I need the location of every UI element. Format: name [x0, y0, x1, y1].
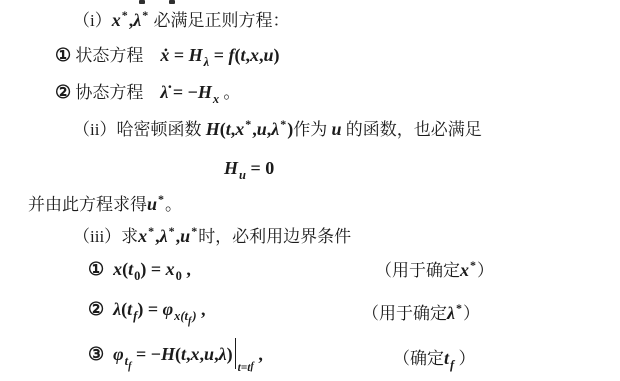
math-var-run: H [189, 45, 203, 65]
math-var-run: u [204, 344, 214, 364]
line-state-equation: ① 状态方程ẋ = Hλ = f(t,x,u) [55, 42, 280, 70]
math-upright-run: ① [88, 259, 104, 279]
line-solve-u-star: 并由此方程求得u*。 [28, 191, 182, 219]
subscript-digit-run: 0 [176, 269, 182, 283]
math-upright-run: ② [55, 82, 71, 102]
subscript-run: ) [192, 309, 196, 323]
crop-artifact-dot [139, 0, 145, 4]
sub-subscript-run: f [251, 361, 254, 372]
cjk-text-run: ） [463, 304, 480, 323]
cjk-text-run: 。 [165, 195, 182, 214]
superscript-asterisk: * [148, 224, 154, 238]
math-upright-run: , [254, 344, 263, 364]
superscript-asterisk: * [470, 258, 476, 272]
math-var-run: x [112, 10, 121, 30]
annotation-determine-lambda-star: （用于确定λ*） [362, 300, 480, 328]
math-upright-run: , [182, 259, 191, 279]
cjk-text-run: （ii）哈密顿函数 [73, 120, 206, 139]
math-var-run: x [250, 45, 259, 65]
math-upright-run: ① [55, 45, 71, 65]
math-var-run: x [235, 119, 244, 139]
math-var-run: λ [133, 10, 141, 30]
math-var-run: H [224, 158, 238, 178]
cjk-text-run: 时，必利用边界条件 [198, 227, 351, 246]
math-var-run: u [257, 119, 267, 139]
evaluation-subscript-run: t=t [238, 362, 251, 374]
subscript-run: x [213, 92, 219, 106]
math-var-run: φ [163, 299, 174, 319]
cjk-text-run: （i） [73, 11, 112, 30]
cjk-text-run: 必满足正则方程： [149, 11, 289, 30]
cjk-text-run: 并由此方程求得 [28, 195, 147, 214]
math-upright-run: , [197, 299, 206, 319]
superscript-asterisk: * [456, 301, 462, 315]
math-var-run: H [161, 344, 175, 364]
subscript-run: λ [204, 55, 210, 69]
subscript-digit-run: 0 [134, 269, 140, 283]
superscript-asterisk: * [142, 8, 148, 22]
math-var-run: t [127, 299, 132, 319]
line-boundary-heading: （iii）求x*,λ*,u*时，必利用边界条件 [73, 223, 351, 251]
math-var-run: t [128, 259, 133, 279]
superscript-asterisk: * [122, 8, 128, 22]
math-var-run: φ [113, 344, 124, 364]
evaluation-bar-icon [235, 338, 236, 369]
subscript-run: f [133, 309, 137, 323]
math-var-run: λ [219, 344, 227, 364]
math-upright-run: = [146, 259, 165, 279]
math-var-run: u [147, 194, 157, 214]
superscript-asterisk: * [191, 224, 197, 238]
line-hamiltonian-condition: （ii）哈密顿函数 H(t,x*,u,λ*)作为 u 的函数，也必满足 [73, 116, 482, 144]
math-var-run: t [444, 348, 449, 368]
annotation-determine-tf: （确定tf ） [393, 345, 475, 373]
math-var-run: x [113, 259, 122, 279]
equation-hu-zero: Hu = 0 [224, 155, 274, 183]
crop-artifact-dot [169, 0, 175, 4]
cjk-text-run: 的函数，也必满足 [342, 120, 482, 139]
cjk-text-run: 。 [219, 83, 240, 102]
cjk-text-run: ） [477, 261, 494, 280]
superscript-asterisk: * [158, 192, 164, 206]
formula-terminal-lambda: ②λ(tf) = φx(tf) , [88, 296, 206, 326]
math-var-run: u [180, 226, 190, 246]
formula-initial-condition: ①x(t0) = x0 , [88, 256, 191, 284]
math-upright-run: = − [132, 344, 162, 364]
math-upright-run: ② [88, 299, 104, 319]
cjk-text-run: ） [454, 349, 475, 368]
cjk-text-run: （确定 [393, 349, 444, 368]
math-upright-run: ) [227, 344, 233, 364]
math-var-run: u [264, 45, 274, 65]
math-var-run: x [460, 260, 469, 280]
annotation-determine-x-star: （用于确定x*） [375, 257, 494, 285]
cjk-text-run: 状态方程 [71, 46, 143, 65]
cjk-text-run: （iii）求 [73, 227, 138, 246]
formula-terminal-time: ③φtf = −H(t,x,u,λ)t=tf , [88, 338, 263, 371]
math-var-run: H [206, 119, 220, 139]
sub-subscript-run: f [128, 361, 131, 372]
cjk-text-run: 协态方程 [71, 83, 143, 102]
math-var-run: x [191, 344, 200, 364]
subscript-run: x(t [174, 309, 188, 323]
math-var-run: x [138, 226, 147, 246]
math-var-run: x [166, 259, 175, 279]
sub-subscript-run: f [188, 316, 191, 327]
superscript-asterisk: * [280, 117, 286, 131]
cjk-text-run: （用于确定 [362, 304, 447, 323]
superscript-asterisk: * [169, 224, 175, 238]
math-upright-run: = [209, 45, 228, 65]
cjk-text-run: （用于确定 [375, 261, 460, 280]
line-costate-equation: ② 协态方程λ̇ = −Hx 。 [55, 79, 240, 107]
math-var-run: λ [271, 119, 279, 139]
math-upright-run: ③ [88, 344, 104, 364]
math-var-run: λ [447, 303, 455, 323]
math-var-run: H [198, 82, 212, 102]
math-var-run: λ [113, 299, 121, 319]
subscript-run: u [239, 168, 246, 182]
math-upright-run: = [143, 299, 162, 319]
math-var-run: λ [160, 226, 168, 246]
line-canonical-heading: （i）x*,λ* 必满足正则方程： [73, 7, 289, 35]
math-upright-run: = − [168, 82, 198, 102]
document-page: （i）x*,λ* 必满足正则方程： ① 状态方程ẋ = Hλ = f(t,x,u… [0, 0, 620, 381]
math-upright-run: ) [274, 45, 280, 65]
subscript-run: f [450, 358, 454, 372]
math-var-run: u [332, 119, 342, 139]
math-upright-run: = [169, 45, 188, 65]
cjk-text-run: 作为 [293, 120, 331, 139]
math-upright-run: = 0 [246, 158, 274, 178]
superscript-asterisk: * [245, 117, 251, 131]
